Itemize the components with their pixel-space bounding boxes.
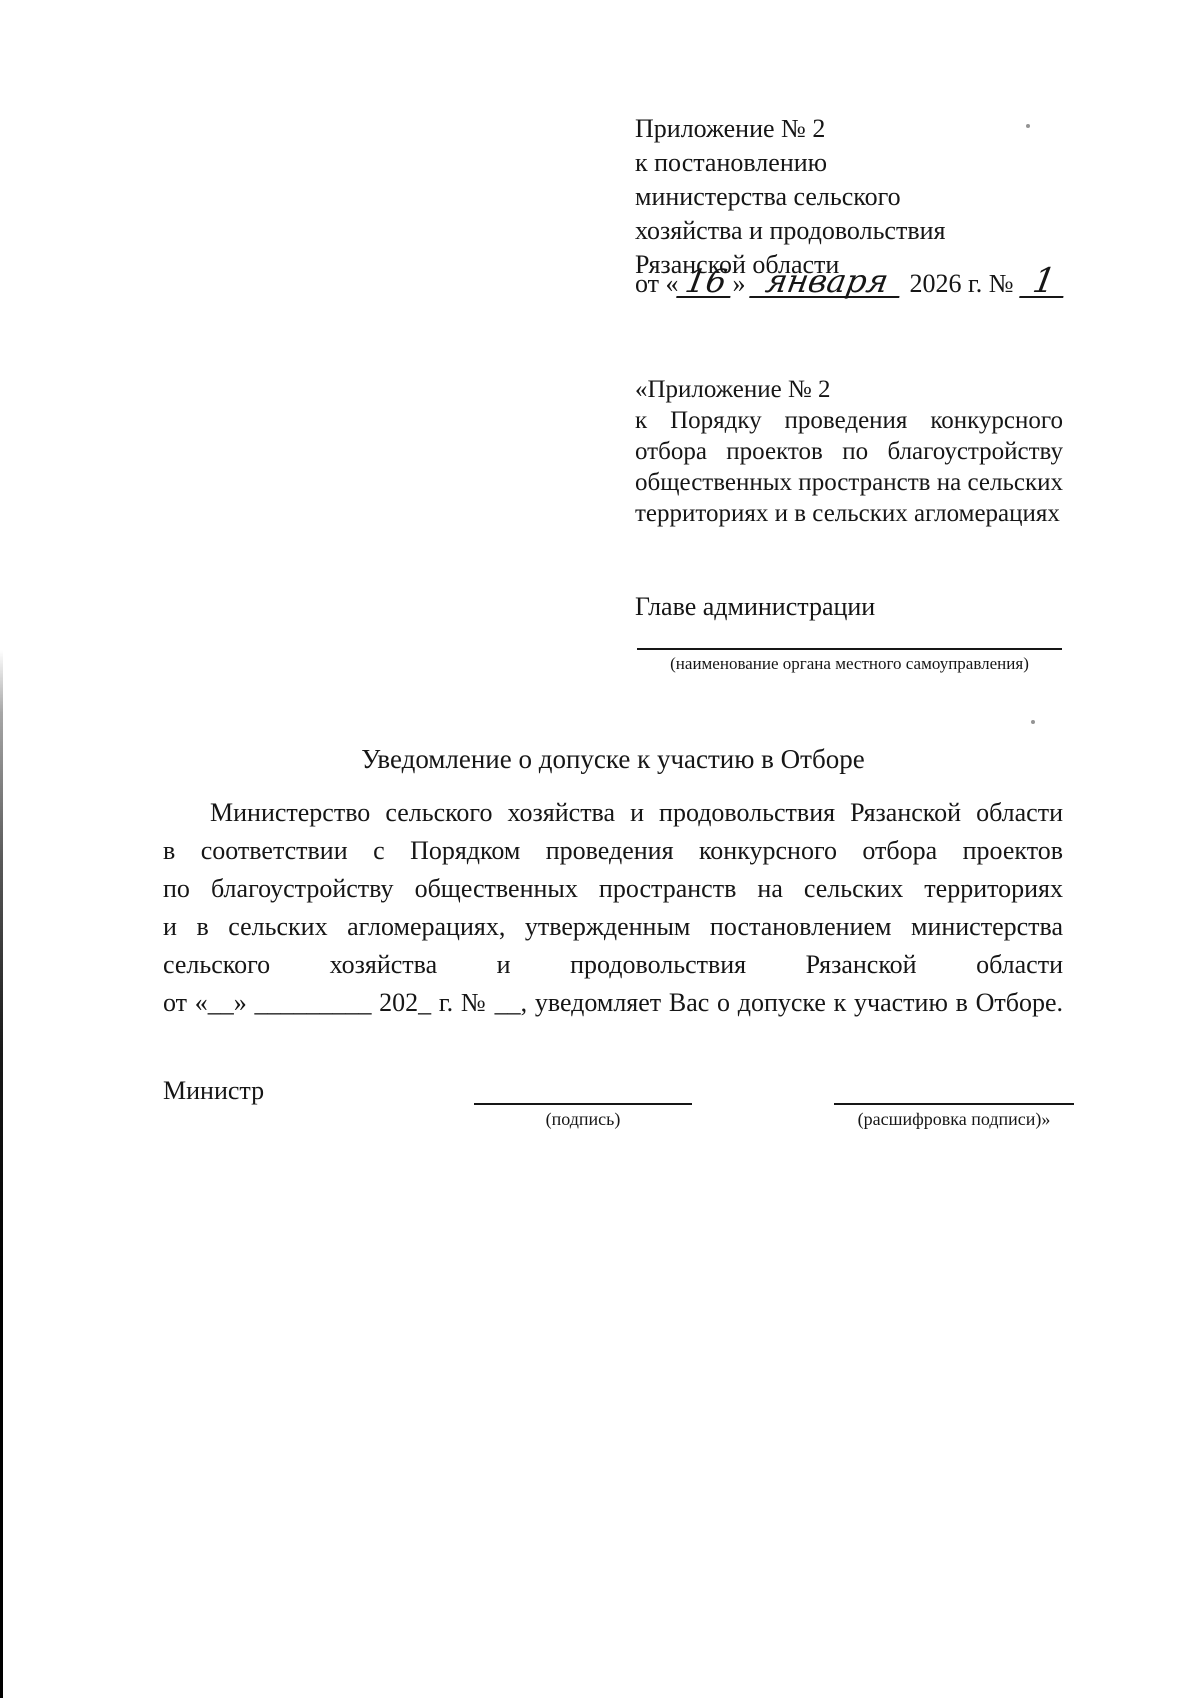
stamp-line: хозяйства и продовольствия xyxy=(635,214,1065,248)
body-line: и в сельских агломерациях, утвержденным … xyxy=(163,908,1063,946)
appendix-line: «Приложение № 2 xyxy=(635,374,1063,405)
body-line: по благоустройству общественных простран… xyxy=(163,870,1063,908)
page-edge-artifact xyxy=(0,650,3,1698)
appendix-line: территориях и в сельских агломерациях xyxy=(635,498,1063,529)
date-year-suffix: 2026 г. № xyxy=(910,269,1014,298)
body-line: Министерство сельского хозяйства и продо… xyxy=(163,794,1063,832)
appendix-reference: «Приложение № 2 к Порядку проведения кон… xyxy=(635,374,1063,529)
appendix-line: общественных пространств на сельских xyxy=(635,467,1063,498)
minister-label: Министр xyxy=(163,1076,264,1106)
scanned-document-page: Приложение № 2 к постановлению министерс… xyxy=(0,0,1200,1698)
appendix-line: отбора проектов по благоустройству xyxy=(635,436,1063,467)
addressee-caption: (наименование органа местного самоуправл… xyxy=(637,654,1062,674)
signature-blank-line xyxy=(474,1103,692,1105)
transcript-caption: (расшифровка подписи)» xyxy=(834,1109,1074,1130)
body-line: в соответствии с Порядком проведения кон… xyxy=(163,832,1063,870)
signature-caption: (подпись) xyxy=(474,1109,692,1130)
transcript-blank-line xyxy=(834,1103,1074,1105)
stamp-line: министерства сельского xyxy=(635,180,1065,214)
handwritten-number: 1 xyxy=(1019,266,1069,298)
addressee-label: Главе администрации xyxy=(635,592,875,622)
document-title: Уведомление о допуске к участию в Отборе xyxy=(163,744,1063,775)
date-prefix: от « xyxy=(635,269,679,298)
body-paragraph: Министерство сельского хозяйства и продо… xyxy=(163,794,1063,1022)
body-line: от «__» _________ 202_ г. № __, уведомля… xyxy=(163,984,1063,1022)
stamp-line: к постановлению xyxy=(635,146,1065,180)
stamp-date-line: от «16»января2026 г. №1 xyxy=(635,266,1095,299)
handwritten-month: января xyxy=(749,266,905,298)
addressee-blank-line xyxy=(637,648,1062,650)
handwritten-day: 16 xyxy=(676,266,736,298)
body-line: сельского хозяйства и продовольствия Ряз… xyxy=(163,946,1063,984)
stamp-line: Приложение № 2 xyxy=(635,112,1065,146)
appendix-stamp: Приложение № 2 к постановлению министерс… xyxy=(635,112,1065,282)
scan-speck xyxy=(1031,720,1035,724)
appendix-line: к Порядку проведения конкурсного xyxy=(635,405,1063,436)
